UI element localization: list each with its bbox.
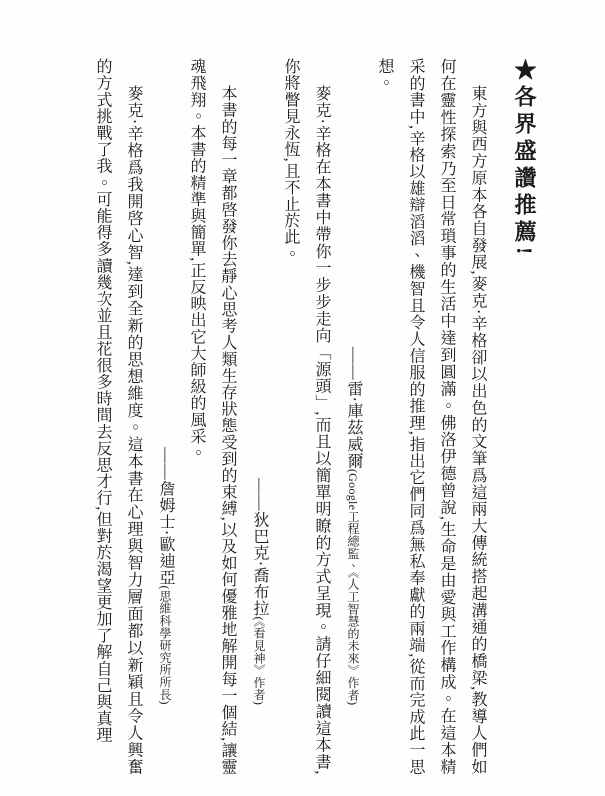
endorsement-text: 麥克‧辛格爲我開啓心智,達到全新的思想維度。這本書在心理與智力層面都以新穎且令人… (87, 58, 149, 775)
endorsement-text: 東方與西方原本各自發展,麥克‧辛格卻以出色的文筆爲這兩大傳統搭起溝通的橋梁,教導… (369, 58, 493, 775)
attribution-note: (Google工程總監、《人工智慧的未來》作者) (346, 468, 360, 705)
attribution-note: (思維科學研究所所長) (158, 586, 172, 705)
endorsement-block-3: 本書的每一章都啓發你去靜心思考人類生存狀態受到的束縛,以及如何優雅地解開每一個結… (149, 58, 243, 775)
endorsement-text: 麥克‧辛格在本書中帶你一步步走向「源頭」,而且以簡單明瞭的方式呈現。請仔細閱讀這… (275, 58, 337, 775)
endorsement-block-2: 麥克‧辛格在本書中帶你一步步走向「源頭」,而且以簡單明瞭的方式呈現。請仔細閱讀這… (243, 58, 337, 775)
attribution-name: ——狄巴克‧喬布拉 (251, 478, 268, 617)
page-text-flow: ★各界盛讚推薦! 東方與西方原本各自發展,麥克‧辛格卻以出色的文筆爲這兩大傳統搭… (87, 58, 545, 775)
attribution-note: (《看見神》作者) (252, 616, 266, 705)
page-title: ★各界盛讚推薦! (503, 58, 545, 775)
endorsement-block-1: 東方與西方原本各自發展,麥克‧辛格卻以出色的文筆爲這兩大傳統搭起溝通的橋梁,教導… (337, 58, 493, 775)
endorsement-block-4: 麥克‧辛格爲我開啓心智,達到全新的思想維度。這本書在心理與智力層面都以新穎且令人… (87, 58, 149, 775)
endorsement-attribution: ——雷‧庫茲威爾(Google工程總監、《人工智慧的未來》作者) (337, 58, 369, 775)
attribution-name: ——詹姆士‧歐迪亞 (157, 447, 174, 586)
attribution-name: ——雷‧庫茲威爾 (345, 347, 362, 469)
endorsement-text: 本書的每一章都啓發你去靜心思考人類生存狀態受到的束縛,以及如何優雅地解開每一個結… (181, 58, 243, 775)
endorsement-attribution: ——狄巴克‧喬布拉(《看見神》作者) (243, 58, 275, 775)
book-page: ★各界盛讚推薦! 東方與西方原本各自發展,麥克‧辛格卻以出色的文筆爲這兩大傳統搭… (0, 0, 605, 796)
endorsement-attribution: ——詹姆士‧歐迪亞(思維科學研究所所長) (149, 58, 181, 775)
